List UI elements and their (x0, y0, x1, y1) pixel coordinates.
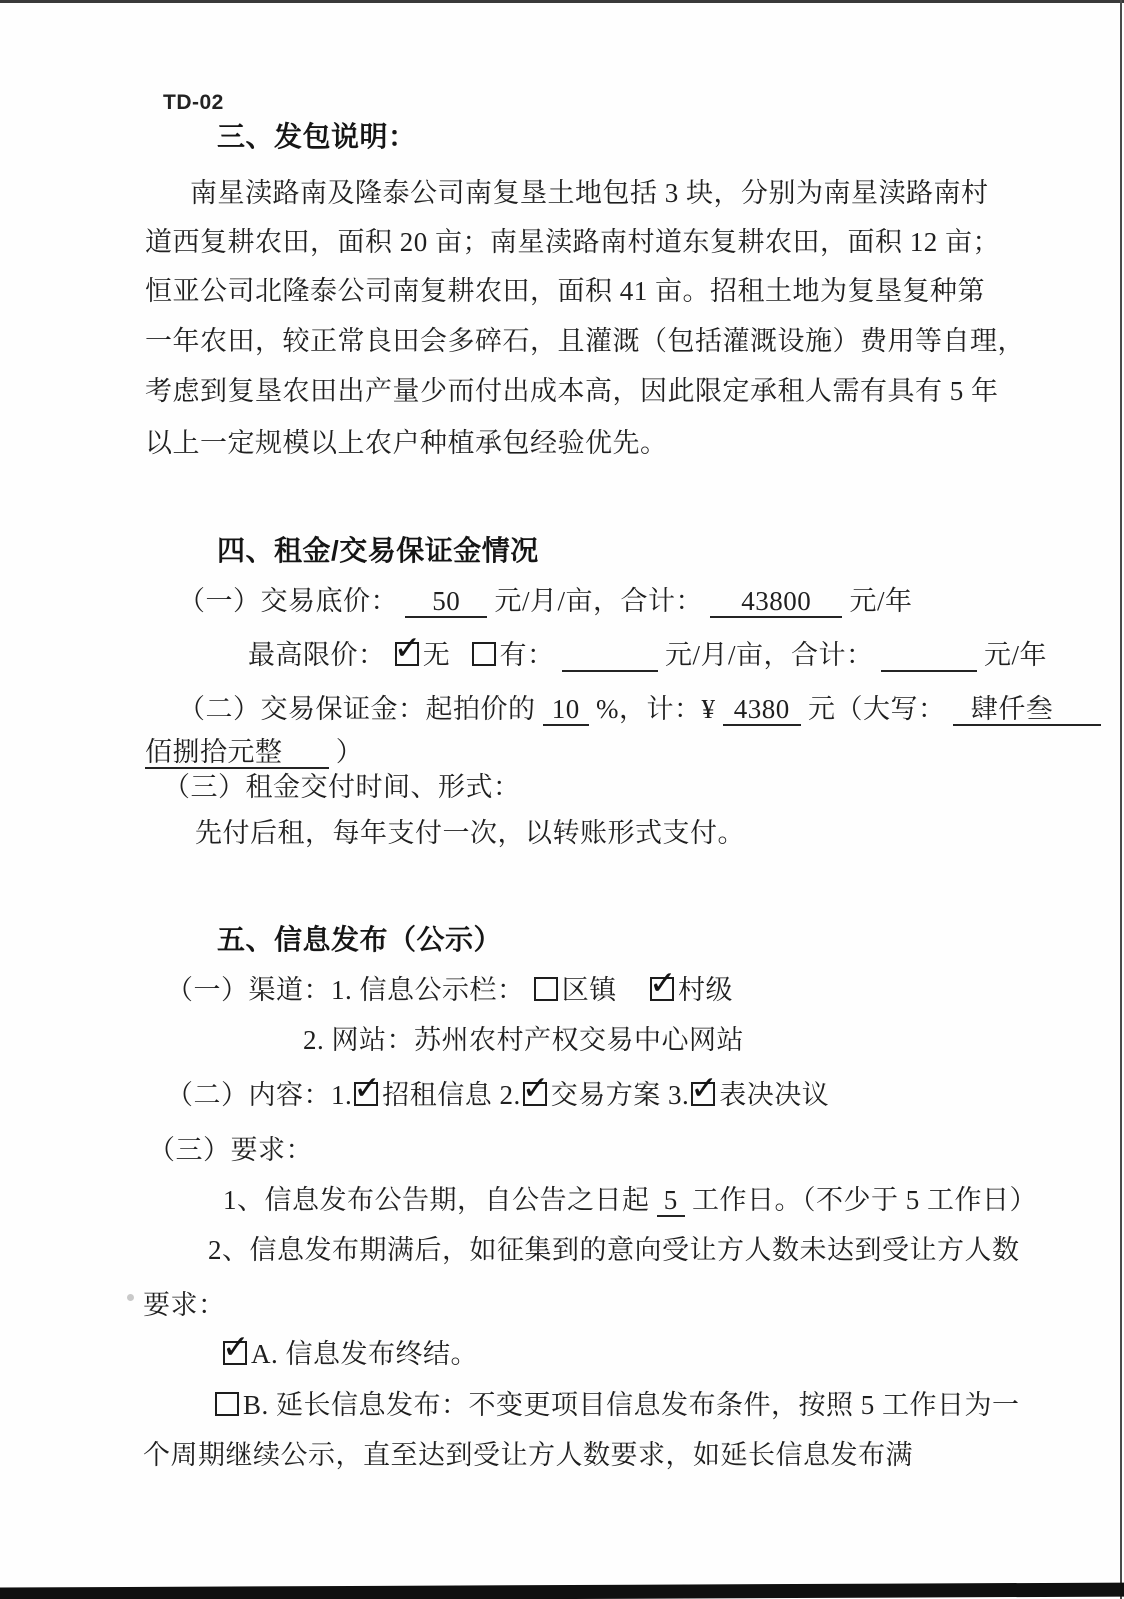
base-price-total: 43800 (710, 586, 842, 618)
channel-village-label: 村级 (678, 975, 733, 1005)
max-price-total-blank (881, 642, 977, 672)
content-item-2-label: 交易方案 (551, 1080, 661, 1110)
requirement-2-line2: 要求： (143, 1288, 226, 1322)
scanned-document-page: TD-02 三、发包说明： 南星渎路南及隆泰公司南复垦土地包括 3 块，分别为南… (0, 0, 1124, 1599)
deposit-words-line2: 佰捌拾元整 ） (145, 735, 363, 769)
section4-heading: 四、租金/交易保证金情况 (217, 534, 539, 568)
check-icon: ✓ (394, 631, 422, 664)
scan-edge-top (0, 0, 1124, 3)
checkbox-max-price-none: ✓ (395, 642, 419, 666)
checkbox-option-a: ✓ (223, 1341, 247, 1365)
section3-line-5: 考虑到复垦农田出产量少而付出成本高，因此限定承租人需有具有 5 年 (145, 374, 999, 408)
option-a-line: ✓A. 信息发布终结。 (223, 1337, 478, 1371)
checkbox-max-price-has (472, 642, 496, 666)
deposit-amount: 4380 (723, 694, 801, 726)
deposit-close-paren: ） (336, 737, 364, 767)
channel-label: （一）渠道：1. 信息公示栏： (166, 975, 525, 1005)
checkbox-village: ✓ (650, 977, 674, 1001)
max-price-none-label: 无 (423, 640, 451, 670)
content-item-3-no: 3. (668, 1080, 689, 1110)
requirement-1-suffix: 工作日。（不少于 5 工作日） (692, 1185, 1037, 1215)
max-price-value-blank (562, 642, 658, 672)
check-icon: ✓ (353, 1071, 381, 1104)
channel-website-line: 2. 网站：苏州农村产权交易中心网站 (303, 1023, 744, 1057)
deposit-percent: 10 (543, 694, 589, 726)
checkbox-district (534, 977, 558, 1001)
payment-label-line: （三）租金交付时间、形式： (163, 770, 521, 804)
checkbox-option-b (215, 1392, 239, 1416)
content-label: （二）内容： (166, 1080, 331, 1110)
max-price-total-unit: 元/年 (984, 640, 1047, 670)
scan-speck (127, 1294, 134, 1301)
max-price-unit: 元/月/亩，合计： (665, 640, 874, 670)
channel-district-label: 区镇 (562, 975, 617, 1005)
form-code: TD-02 (163, 86, 224, 120)
max-price-label: 最高限价： (248, 640, 386, 670)
check-icon: ✓ (222, 1330, 250, 1363)
requirement-1-prefix: 1、信息发布公告期，自公告之日起 (223, 1185, 650, 1215)
section3-line-2: 道西复耕农田，面积 20 亩；南星渎路南村道东复耕农田，面积 12 亩； (145, 225, 1000, 259)
check-icon: ✓ (522, 1071, 550, 1104)
scan-edge-bottom (0, 1582, 1124, 1599)
section3-line-3: 恒亚公司北隆泰公司南复耕农田，面积 41 亩。招租土地为复垦复种第 (145, 274, 985, 308)
content-item-1-label: 招租信息 (382, 1080, 492, 1110)
payment-detail-line: 先付后租，每年支付一次，以转账形式支付。 (195, 816, 745, 850)
base-price-unit: 元/月/亩，合计： (495, 586, 704, 616)
deposit-label: （二）交易保证金：起拍价的 (178, 694, 536, 724)
option-b-label: B. 延长信息发布：不变更项目信息发布条件，按照 5 工作日为一 (243, 1390, 1020, 1420)
max-price-line: 最高限价： ✓无 有： 元/月/亩，合计： 元/年 (248, 638, 1047, 672)
checkbox-content-2: ✓ (523, 1082, 547, 1106)
check-icon: ✓ (690, 1071, 718, 1104)
deposit-words-part2: 佰捌拾元整 (145, 737, 329, 769)
deposit-line: （二）交易保证金：起拍价的 10 %，计：¥ 4380 元（大写： 肆仟叁 (178, 692, 1101, 726)
section3-heading: 三、发包说明： (217, 120, 417, 154)
checkbox-content-3: ✓ (691, 1082, 715, 1106)
option-b-line: B. 延长信息发布：不变更项目信息发布条件，按照 5 工作日为一 (215, 1388, 1020, 1422)
requirement-1-line: 1、信息发布公告期，自公告之日起 5 工作日。（不少于 5 工作日） (223, 1183, 1037, 1217)
section3-line-6: 以上一定规模以上农户种植承包经验优先。 (145, 426, 668, 460)
deposit-percent-suffix: %，计：¥ (596, 694, 716, 724)
requirements-label-line: （三）要求： (148, 1133, 313, 1167)
option-b-line2: 个周期继续公示，直至达到受让方人数要求，如延长信息发布满 (143, 1438, 913, 1472)
section3-line-1: 南星渎路南及隆泰公司南复垦土地包括 3 块，分别为南星渎路南村 (190, 176, 989, 210)
deposit-words-part1: 肆仟叁 (953, 694, 1102, 726)
max-price-has-label: 有： (500, 640, 555, 670)
content-item-3-label: 表决决议 (719, 1080, 829, 1110)
base-price-label: （一）交易底价： (178, 586, 398, 616)
check-icon: ✓ (649, 966, 677, 999)
content-line: （二）内容：1.✓招租信息 2.✓交易方案 3.✓表决决议 (166, 1078, 829, 1112)
requirement-2-line1: 2、信息发布期满后，如征集到的意向受让方人数未达到受让方人数 (208, 1233, 1020, 1267)
checkbox-content-1: ✓ (354, 1082, 378, 1106)
base-price-line: （一）交易底价： 50 元/月/亩，合计： 43800 元/年 (178, 584, 913, 618)
channel-line: （一）渠道：1. 信息公示栏： 区镇 ✓村级 (166, 973, 733, 1007)
requirement-1-days: 5 (657, 1185, 685, 1217)
content-item-2-no: 2. (500, 1080, 521, 1110)
scan-edge-right (1120, 0, 1122, 1599)
section5-heading: 五、信息发布（公示） (217, 923, 502, 957)
deposit-amount-suffix: 元（大写： (808, 694, 946, 724)
base-price-value: 50 (405, 586, 487, 618)
section3-line-4: 一年农田，较正常良田会多碎石，且灌溉（包括灌溉设施）费用等自理， (145, 324, 1025, 358)
base-price-total-unit: 元/年 (850, 586, 913, 616)
content-item-1-no: 1. (331, 1080, 352, 1110)
option-a-label: A. 信息发布终结。 (251, 1339, 478, 1369)
